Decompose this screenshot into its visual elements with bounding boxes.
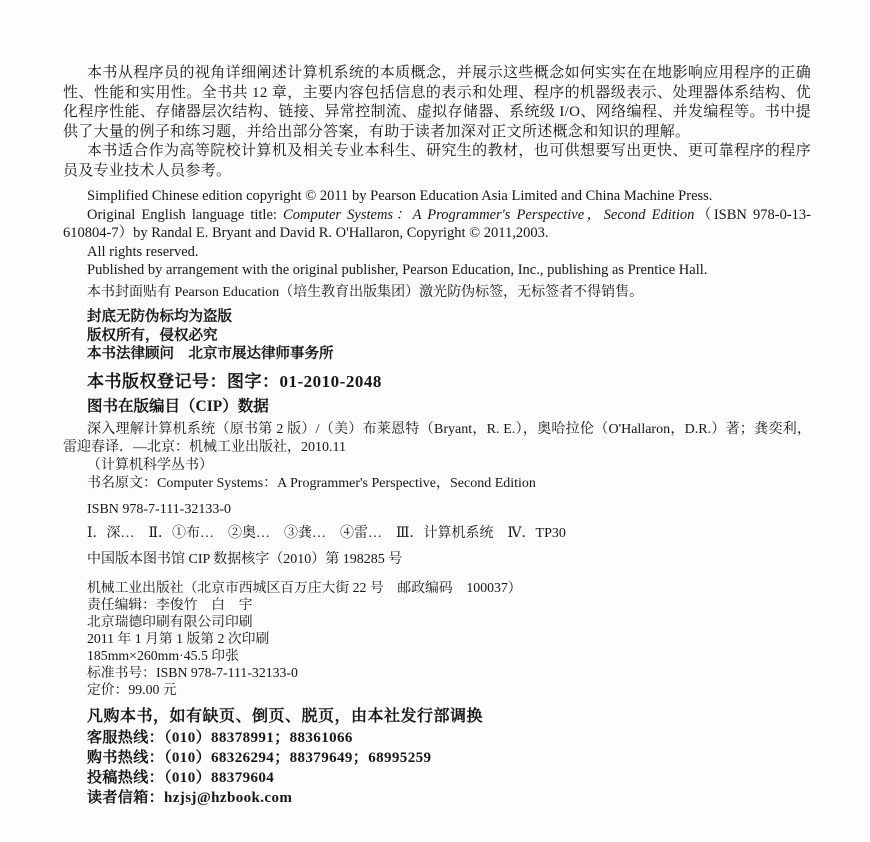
legal-notice-block: 封底无防伪标均为盗版 版权所有，侵权必究 本书法律顾问 北京市展达律师事务所 (63, 308, 811, 364)
legal-counsel-line: 本书法律顾问 北京市展达律师事务所 (63, 345, 811, 364)
arrangement-line: Published by arrangement with the origin… (63, 261, 811, 280)
original-title-prefix: Original English language title: (87, 207, 283, 223)
intro-paragraph-1: 本书从程序员的视角详细阐述计算机系统的本质概念，并展示这些概念如何实实在在地影响… (63, 64, 811, 142)
editor-line: 责任编辑：李俊竹 白 宇 (63, 596, 811, 613)
english-copyright-block: Simplified Chinese edition copyright © 2… (63, 187, 811, 280)
copyright-registration-number: 本书版权登记号：图字：01-2010-2048 (63, 370, 811, 393)
customer-service-hotline: 客服热线：（010）88378991；88361066 (63, 728, 811, 748)
publication-info-block: 机械工业出版社（北京市西城区百万庄大街 22 号 邮政编码 100037） 责任… (63, 579, 811, 698)
standard-isbn-line: 标准书号：ISBN 978-7-111-32133-0 (63, 664, 811, 681)
copyright-edition-line: Simplified Chinese edition copyright © 2… (63, 187, 811, 206)
cip-original-title: 书名原文：Computer Systems：A Programmer's Per… (63, 475, 811, 493)
cip-registry-number: 中国版本图书馆 CIP 数据核字（2010）第 198285 号 (63, 551, 811, 569)
original-title-italic: Computer Systems：A Programmer's Perspect… (283, 207, 694, 223)
cip-series: （计算机科学丛书） (63, 457, 811, 475)
cip-classification: Ⅰ．深… Ⅱ．①布… ②奥… ③龚… ④雷… Ⅲ．计算机系统 Ⅳ．TP30 (63, 525, 811, 543)
copyright-page: 本书从程序员的视角详细阐述计算机系统的本质概念，并展示这些概念如何实实在在地影响… (63, 64, 811, 808)
format-sheets-line: 185mm×260mm·45.5 印张 (63, 647, 811, 664)
book-intro: 本书从程序员的视角详细阐述计算机系统的本质概念，并展示这些概念如何实实在在地影响… (63, 64, 811, 181)
piracy-warning-line: 封底无防伪标均为盗版 (63, 308, 811, 327)
contact-block: 客服热线：（010）88378991；88361066 购书热线：（010）68… (63, 728, 811, 808)
intro-paragraph-2: 本书适合作为高等院校计算机及相关专业本科生、研究生的教材，也可供想要写出更快、更… (63, 142, 811, 181)
anti-counterfeit-note: 本书封面贴有 Pearson Education（培生教育出版集团）激光防伪标签… (63, 284, 811, 303)
printer-line: 北京瑞德印刷有限公司印刷 (63, 613, 811, 630)
original-title-line: Original English language title: Compute… (63, 206, 811, 243)
cip-heading: 图书在版编目（CIP）数据 (63, 397, 811, 417)
submission-hotline: 投稿热线：（010）88379604 (63, 768, 811, 788)
cip-data-block: 深入理解计算机系统（原书第 2 版）/（美）布莱恩特（Bryant，R. E.）… (63, 421, 811, 569)
page-exchange-notice: 凡购本书，如有缺页、倒页、脱页，由本社发行部调换 (63, 706, 811, 728)
all-rights-line: 版权所有，侵权必究 (63, 327, 811, 346)
reader-email: 读者信箱：hzjsj@hzbook.com (63, 788, 811, 808)
cip-record: 深入理解计算机系统（原书第 2 版）/（美）布莱恩特（Bryant，R. E.）… (63, 421, 811, 457)
purchase-hotline: 购书热线：（010）68326294；88379649；68995259 (63, 748, 811, 768)
price-line: 定价：99.00 元 (63, 681, 811, 698)
cip-isbn: ISBN 978-7-111-32133-0 (63, 501, 811, 519)
publisher-address-line: 机械工业出版社（北京市西城区百万庄大街 22 号 邮政编码 100037） (63, 579, 811, 596)
print-run-line: 2011 年 1 月第 1 版第 2 次印刷 (63, 630, 811, 647)
rights-reserved-line: All rights reserved. (63, 243, 811, 262)
